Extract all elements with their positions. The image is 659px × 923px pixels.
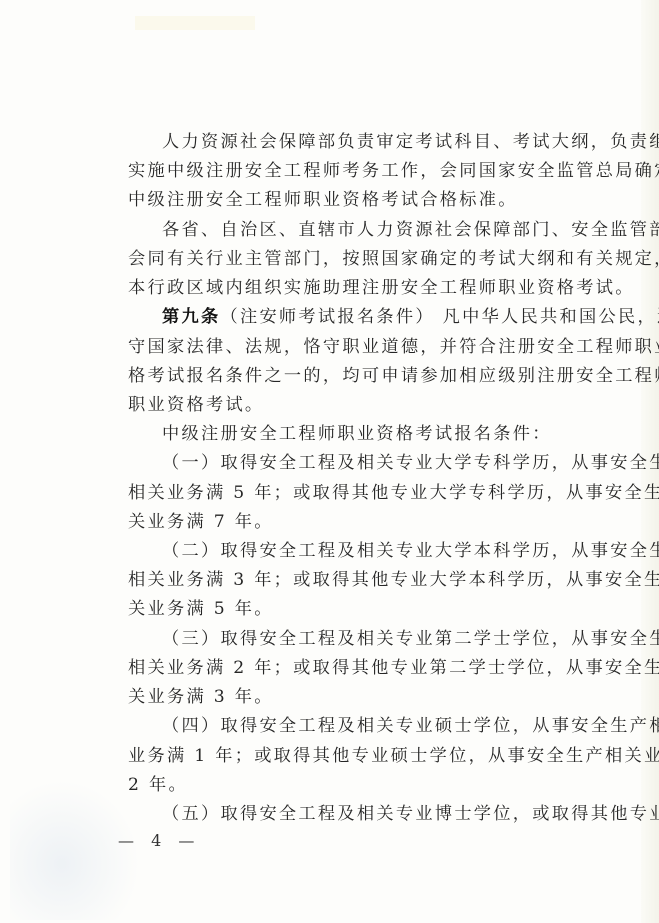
text-line: 关业务满 3 年。: [128, 686, 598, 708]
text-line: 关业务满 5 年。: [128, 598, 598, 620]
article-heading-line: 第九条（注安师考试报名条件） 凡中华人民共和国公民，遵: [162, 306, 598, 328]
article-text: （注安师考试报名条件） 凡中华人民共和国公民，遵: [220, 307, 659, 327]
text-line: 实施中级注册安全工程师考务工作，会同国家安全监管总局确定: [128, 160, 598, 182]
text-line: 守国家法律、法规，恪守职业道德，并符合注册安全工程师职业资: [128, 336, 598, 358]
document-page: 人力资源社会保障部负责审定考试科目、考试大纲，负责组织 实施中级注册安全工程师考…: [0, 0, 659, 923]
text-line: 中级注册安全工程师职业资格考试报名条件：: [162, 423, 598, 445]
condition-item: （四）取得安全工程及相关专业硕士学位，从事安全生产相关: [162, 715, 598, 737]
text-line: 本行政区域内组织实施助理注册安全工程师职业资格考试。: [128, 277, 598, 299]
condition-item: （三）取得安全工程及相关专业第二学士学位，从事安全生产: [162, 628, 598, 650]
condition-item: （一）取得安全工程及相关专业大学专科学历，从事安全生产: [162, 452, 598, 474]
text-line: 业务满 1 年；或取得其他专业硕士学位，从事安全生产相关业务满: [128, 745, 598, 767]
scan-tint: [135, 16, 255, 30]
text-line: 2 年。: [128, 774, 598, 796]
text-line: 职业资格考试。: [128, 394, 598, 416]
scan-stain: [10, 780, 140, 920]
text-line: 格考试报名条件之一的，均可申请参加相应级别注册安全工程师: [128, 365, 598, 387]
text-line: 相关业务满 2 年；或取得其他专业第二学士学位，从事安全生产相: [128, 657, 598, 679]
article-number: 第九条: [162, 307, 220, 327]
text-line: 各省、自治区、直辖市人力资源社会保障部门、安全监管部门，: [162, 219, 598, 241]
text-line: 关业务满 7 年。: [128, 511, 598, 533]
page-number: — 4 —: [118, 831, 200, 850]
text-line: 中级注册安全工程师职业资格考试合格标准。: [128, 189, 598, 211]
text-line: 人力资源社会保障部负责审定考试科目、考试大纲，负责组织: [162, 131, 598, 153]
text-line: 相关业务满 5 年；或取得其他专业大学专科学历，从事安全生产相: [128, 482, 598, 504]
condition-item: （五）取得安全工程及相关专业博士学位，或取得其他专业博: [162, 803, 598, 825]
text-line: 相关业务满 3 年；或取得其他专业大学本科学历，从事安全生产相: [128, 569, 598, 591]
condition-item: （二）取得安全工程及相关专业大学本科学历，从事安全生产: [162, 540, 598, 562]
text-line: 会同有关行业主管部门，按照国家确定的考试大纲和有关规定，在: [128, 248, 598, 270]
